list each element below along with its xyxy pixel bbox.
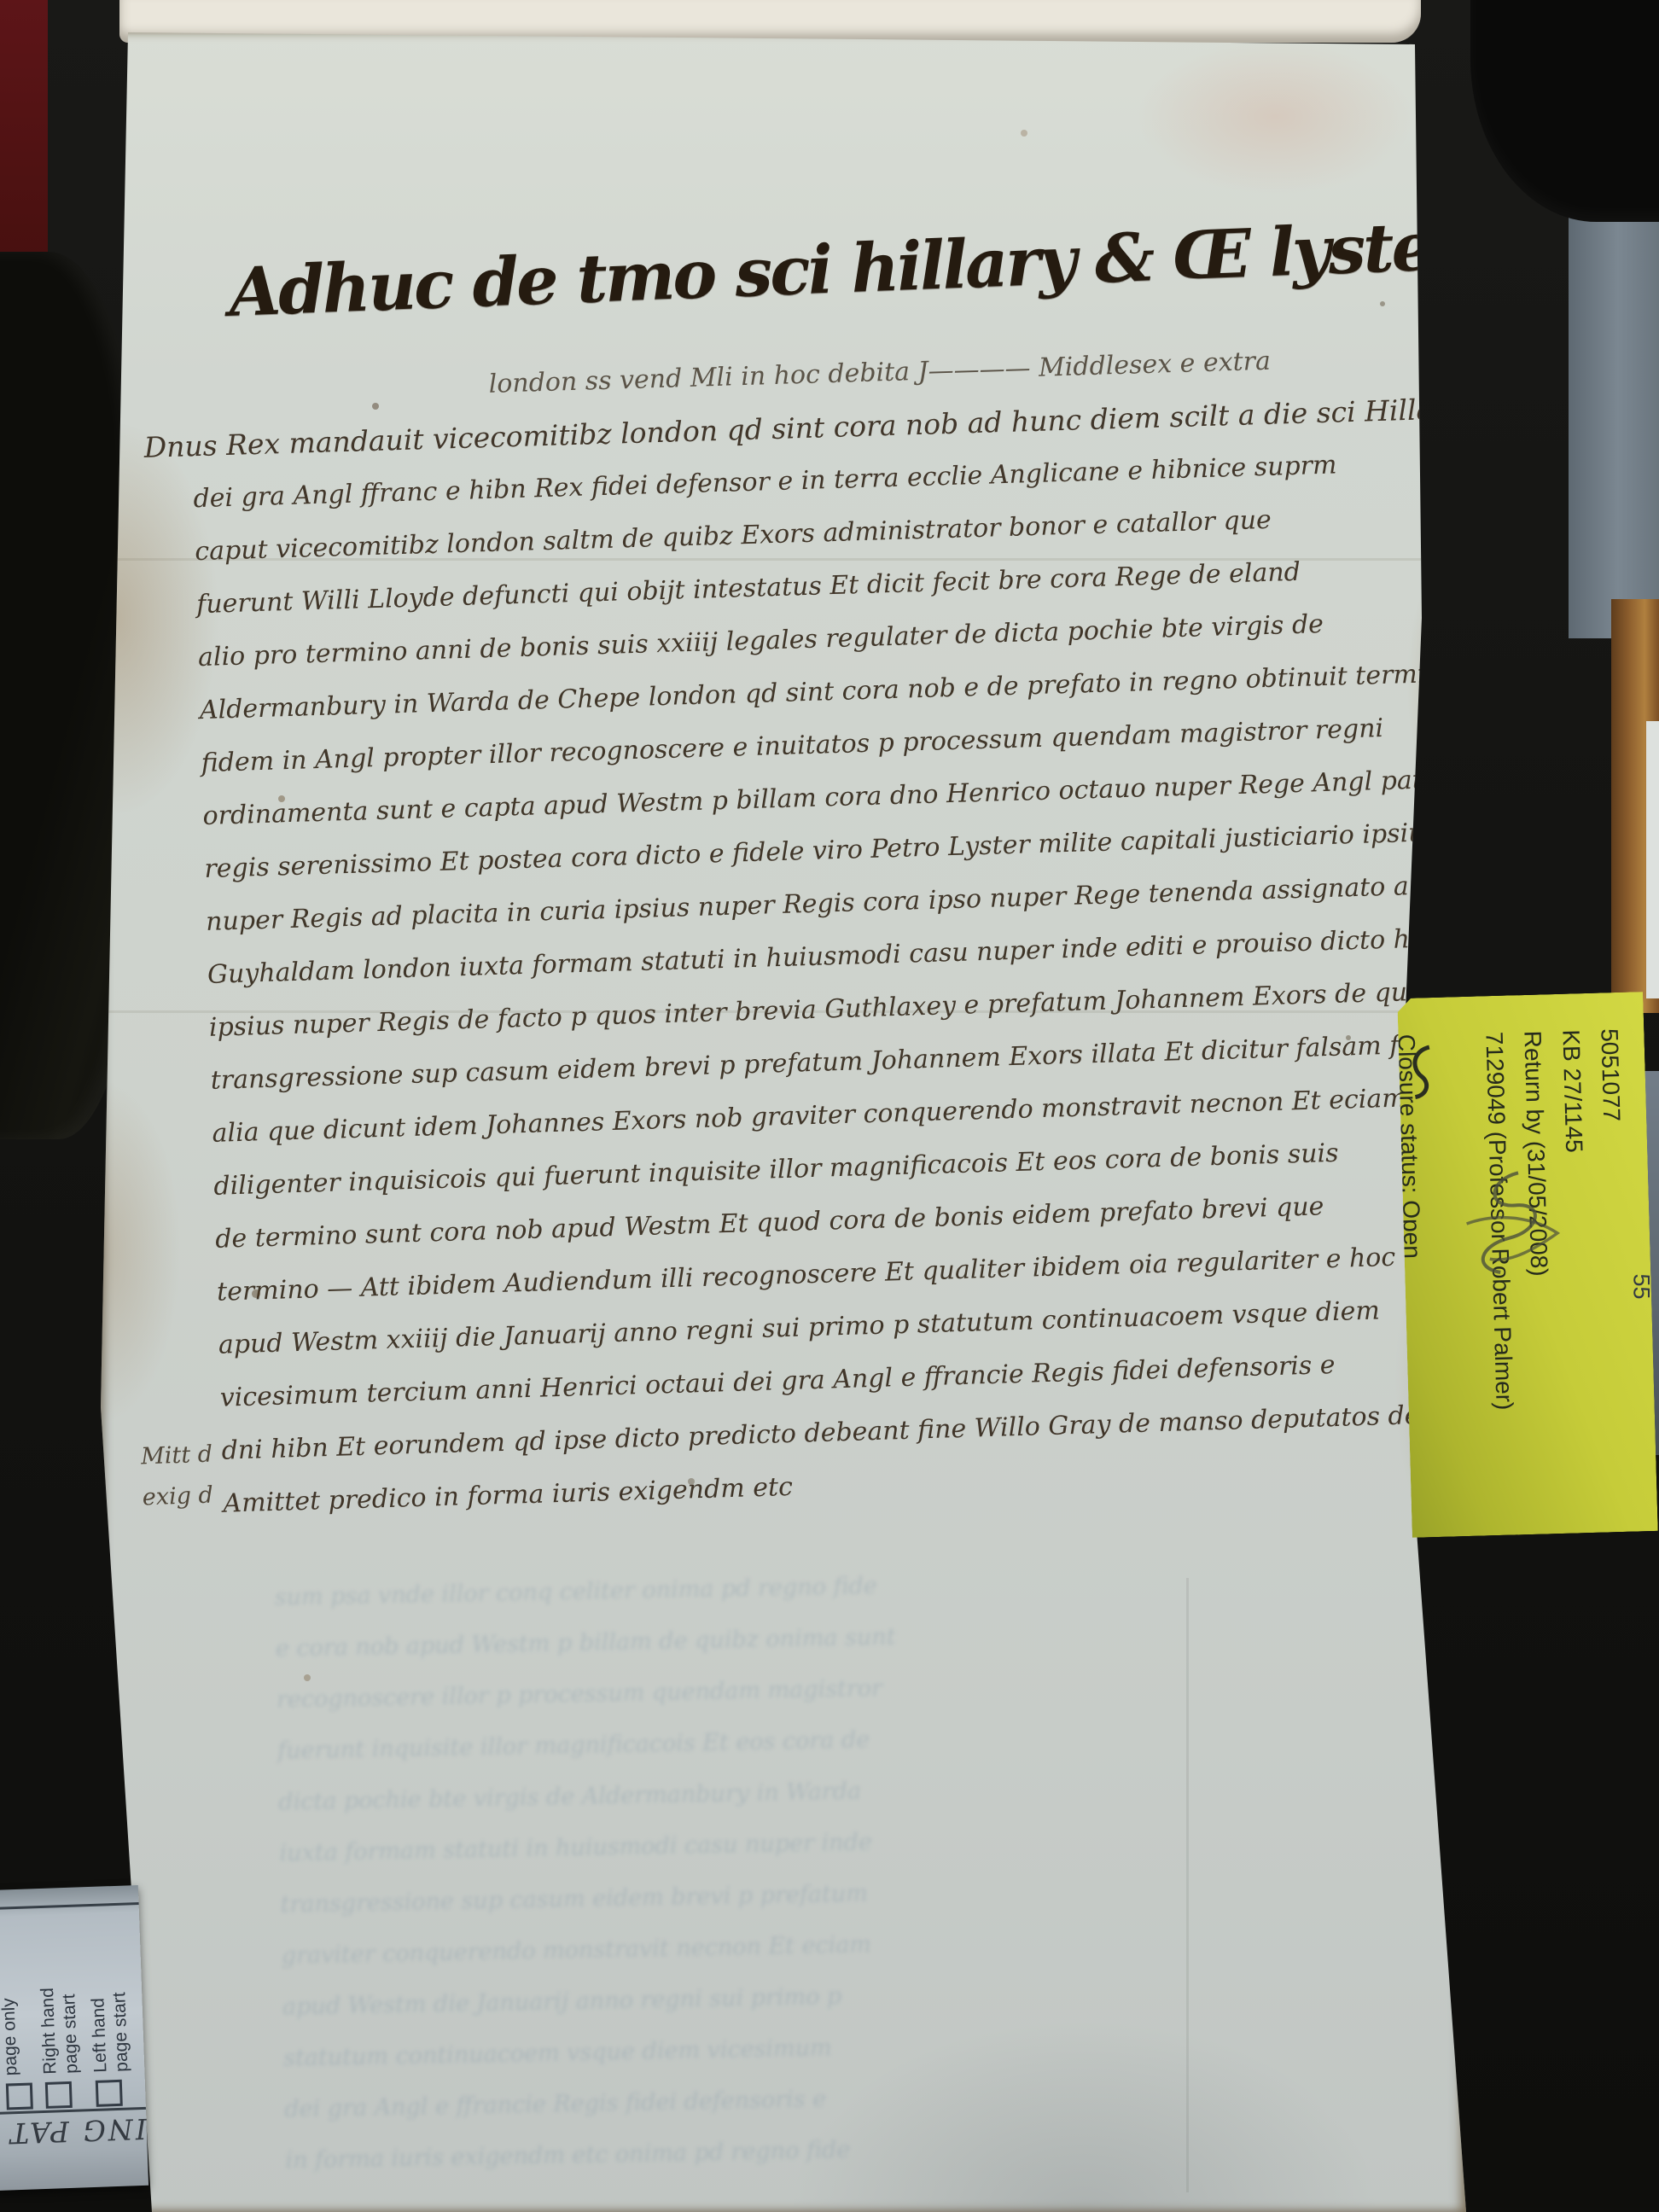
vertical-crease [1186,1578,1189,2192]
option-label-line1: Left hand [88,1998,110,2073]
label-handwriting: ING PAT [0,2112,147,2151]
fold-crease [101,558,1466,561]
manuscript-text-block: london ss vend Mli in hoc debita J———— M… [140,331,1454,1533]
marginal-note-line: Mitt d [140,1435,212,1478]
option-label-line1: Right hand [37,1988,60,2075]
filming-target-label: page only Right hand page start Left han… [0,1885,148,2191]
filming-options: page only Right hand page start Left han… [0,1906,139,2110]
checkbox-icon [44,2081,72,2109]
option-label: Right hand page start [36,1987,82,2075]
marginal-note: Mitt dexig d [140,1435,214,1519]
option-label-line2: page start [109,1992,131,2072]
checkbox-icon [5,2082,32,2110]
marginal-note-line: exig d [142,1476,214,1519]
verso-showthrough-text: sum psa vnde illor conq celiter onima pd… [274,1550,1481,2187]
option-left-hand-page-start: Left hand page start [84,1906,133,2107]
fold-crease [101,1010,1466,1013]
option-label-line2: page start [59,1994,81,2074]
option-label: page only [0,1998,21,2076]
manuscript-heading: Adhuc de tmo sci hillary & Œ lystey [228,207,1469,332]
option-right-hand-page-start: Right hand page start [33,1908,83,2110]
parchment-page: Adhuc de tmo sci hillary & Œ lystey lond… [101,29,1466,2212]
checkbox-icon [95,2080,122,2107]
option-label: Left hand page start [87,1992,132,2073]
pen-hook-mark [1404,1042,1440,1103]
pencil-scribble [1436,1161,1568,1284]
option-page-only: page only [0,1910,32,2110]
frame-white-strip [1646,721,1659,998]
archive-delivery-slip: 5051077KB 27/1145Return by (31/05/2008)7… [1397,992,1658,1538]
membrane-number: 55 [1628,1273,1655,1299]
